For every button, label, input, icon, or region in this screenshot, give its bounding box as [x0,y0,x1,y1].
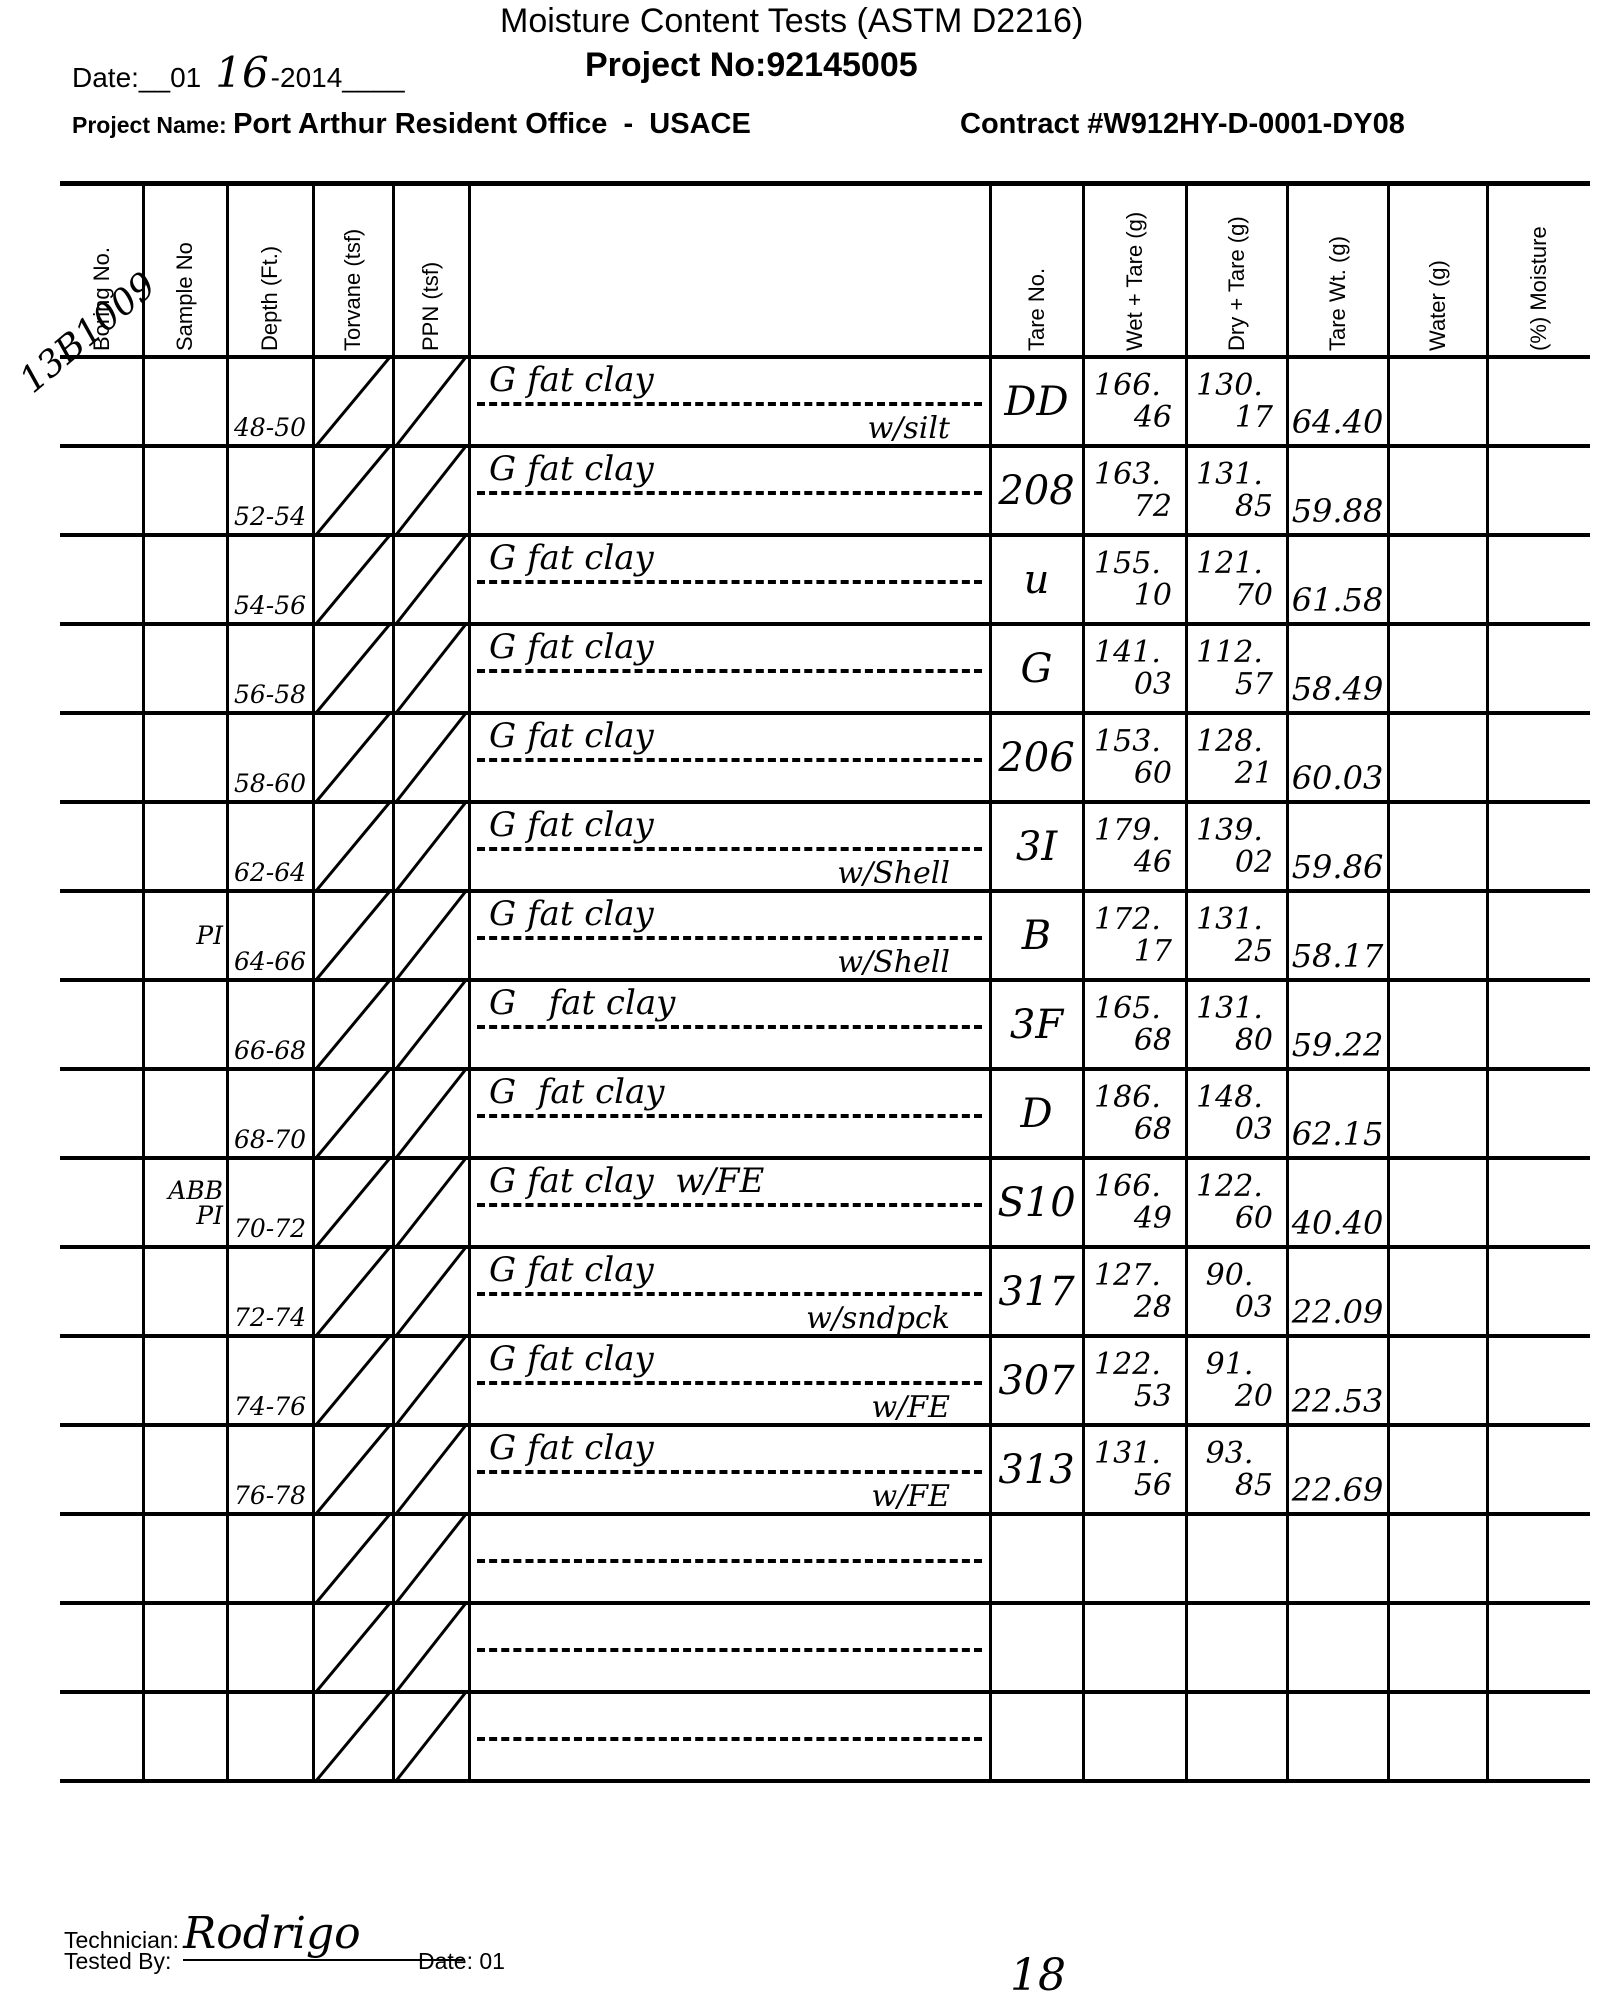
dry-tare-cell: 91.20 [1186,1336,1287,1425]
wet-tare-cell-int: 186. [1094,1082,1161,1114]
moisture-cell [1487,1692,1590,1781]
description-cell: G fat clay [469,446,990,535]
description-divider [477,669,982,673]
tare-no-cell: 206 [990,713,1083,802]
torvane-cell-na [313,1514,393,1603]
description-line1: G fat clay [489,808,654,842]
wet-tare-cell-dec: 72 [1134,491,1172,523]
tare-no-cell: 307 [990,1336,1083,1425]
water-cell [1388,446,1487,535]
description-divider [477,402,982,406]
wet-tare-cell [1083,1603,1186,1692]
description-divider [477,1381,982,1385]
sample-no-cell [143,802,227,891]
wet-tare-cell-dec: 03 [1134,669,1172,701]
dry-tare-cell-int: 121. [1196,548,1263,580]
water-cell [1388,1069,1487,1158]
dry-tare-cell-dec: 57 [1235,669,1273,701]
dry-tare-cell-int: 112. [1196,637,1263,669]
tare-wt-cell: 59.88 [1287,446,1388,535]
header-tare-no: Tare No. [990,183,1083,357]
description-divider [477,936,982,940]
sample-no-cell [143,1514,227,1603]
value-stack: 93.85 [1186,1438,1287,1501]
wet-tare-cell-dec: 60 [1134,758,1172,790]
dry-tare-cell [1186,1692,1287,1781]
description-line1: G fat clay [489,719,654,753]
wet-tare-cell: 141.03 [1083,624,1186,713]
wet-tare-cell: 153.60 [1083,713,1186,802]
ppn-cell-na [393,1336,469,1425]
wet-tare-cell: 186.68 [1083,1069,1186,1158]
description-divider [477,1292,982,1296]
dry-tare-cell-dec: 17 [1235,402,1273,434]
description-cell: G fat clayw/FE [469,1336,990,1425]
tare-no-cell: 208 [990,446,1083,535]
torvane-cell-na [313,446,393,535]
table-row: PI64-66G fat clayw/ShellB172.17131.2558.… [60,891,1590,980]
water-cell [1388,357,1487,446]
water-cell [1388,1158,1487,1247]
tare-wt-cell: 61.58 [1287,535,1388,624]
header-moisture: (%) Moisture [1487,183,1590,357]
form-title: Moisture Content Tests (ASTM D2216) [500,2,1083,41]
wet-tare-cell: 166.49 [1083,1158,1186,1247]
description-line1: G fat clay [489,363,654,397]
tare-no-cell: u [990,535,1083,624]
column-header-label: Dry + Tare (g) [1224,216,1250,351]
torvane-cell-na [313,980,393,1069]
dry-tare-cell: 139.02 [1186,802,1287,891]
project-name-label: Project Name: [72,112,227,138]
wet-tare-cell: 172.17 [1083,891,1186,980]
wet-tare-cell-dec: 56 [1134,1470,1172,1502]
tare-no-cell: 3F [990,980,1083,1069]
wet-tare-cell-int: 155. [1094,548,1161,580]
description-cell [469,1692,990,1781]
table-row: 56-58G fat clayG141.03112.5758.49 [60,624,1590,713]
tare-no-cell: 313 [990,1425,1083,1514]
tare-wt-cell [1287,1514,1388,1603]
description-line1: G fat clay [489,630,654,664]
description-cell [469,1603,990,1692]
depth-cell: 52-54 [227,446,313,535]
description-divider [477,758,982,762]
tare-no-cell [990,1692,1083,1781]
dry-tare-cell-dec: 25 [1235,936,1273,968]
contract-label: Contract # [960,108,1103,140]
ppn-cell-na [393,446,469,535]
header-description [469,183,990,357]
moisture-table: Boring No.Sample NoDepth (Ft.)Torvane (t… [60,183,1590,1781]
tare-no-cell: 3I [990,802,1083,891]
wet-tare-cell-int: 127. [1094,1260,1161,1292]
description-line1: G fat clay [489,1253,654,1287]
wet-tare-cell-int: 166. [1094,370,1161,402]
wet-tare-cell-int: 166. [1094,1171,1161,1203]
moisture-cell [1487,1603,1590,1692]
project-number-value: 92145005 [766,46,917,84]
dry-tare-cell-dec: 85 [1235,1470,1273,1502]
wet-tare-cell: 165.68 [1083,980,1186,1069]
value-stack: 131.56 [1083,1438,1186,1501]
depth-cell: 56-58 [227,624,313,713]
description-cell: G fat clay [469,980,990,1069]
dry-tare-cell: 130.17 [1186,357,1287,446]
moisture-cell [1487,446,1590,535]
header-wet-tare: Wet + Tare (g) [1083,183,1186,357]
value-stack: 148.03 [1186,1082,1287,1145]
tare-wt-cell: 62.15 [1287,1069,1388,1158]
torvane-cell-na [313,1336,393,1425]
sample-no-cell: ABB PI [143,1158,227,1247]
date-suffix: -2014____ [271,62,405,93]
description-line1: G fat clay [489,1075,665,1109]
column-header-label: PPN (tsf) [418,262,444,351]
description-divider [477,580,982,584]
tare-wt-cell: 22.09 [1287,1247,1388,1336]
table-row: 66-68G fat clay3F165.68131.8059.22 [60,980,1590,1069]
value-stack: 166.46 [1083,370,1186,433]
description-line1: G fat clay [489,986,675,1020]
sample-no-cell [143,1603,227,1692]
wet-tare-cell: 166.46 [1083,357,1186,446]
ppn-cell-na [393,713,469,802]
sample-no-cell: PI [143,891,227,980]
column-header-label: Water (g) [1425,260,1451,351]
water-cell [1388,1247,1487,1336]
depth-cell: 54-56 [227,535,313,624]
column-header-label: (%) Moisture [1526,226,1552,351]
torvane-cell-na [313,713,393,802]
header-ppn: PPN (tsf) [393,183,469,357]
description-line2: w/FE [871,1393,950,1423]
depth-cell: 70-72 [227,1158,313,1247]
value-stack: 121.70 [1186,548,1287,611]
dry-tare-cell: 121.70 [1186,535,1287,624]
description-cell: G fat clay [469,713,990,802]
torvane-cell-na [313,802,393,891]
dry-tare-cell-dec: 70 [1235,580,1273,612]
header-tare-wt: Tare Wt. (g) [1287,183,1388,357]
value-stack: 131.80 [1186,993,1287,1056]
dry-tare-cell: 90.03 [1186,1247,1287,1336]
moisture-cell [1487,802,1590,891]
dry-tare-cell-int: 93. [1206,1438,1254,1470]
dry-tare-cell-int: 139. [1196,815,1263,847]
wet-tare-cell-int: 179. [1094,815,1161,847]
value-stack: 166.49 [1083,1171,1186,1234]
dry-tare-cell-int: 128. [1196,726,1263,758]
description-line2: w/silt [868,414,950,444]
tare-no-cell: D [990,1069,1083,1158]
wet-tare-cell: 163.72 [1083,446,1186,535]
description-line1: G fat clay w/FE [489,1164,764,1198]
depth-cell: 74-76 [227,1336,313,1425]
description-line2: w/FE [871,1482,950,1512]
moisture-cell [1487,891,1590,980]
wet-tare-cell-dec: 17 [1134,936,1172,968]
dry-tare-cell: 122.60 [1186,1158,1287,1247]
value-stack: 153.60 [1083,726,1186,789]
description-divider [477,847,982,851]
dry-tare-cell: 93.85 [1186,1425,1287,1514]
moisture-cell [1487,1425,1590,1514]
table-row: 48-50G fat clayw/siltDD166.46130.1764.40 [60,357,1590,446]
water-cell [1388,535,1487,624]
depth-cell: 68-70 [227,1069,313,1158]
column-header-label: Depth (Ft.) [257,246,283,351]
tested-by-field: Tested By: [64,1948,171,1975]
wet-tare-cell-int: 163. [1094,459,1161,491]
moisture-cell [1487,535,1590,624]
tested-by-label: Tested By: [64,1948,171,1974]
description-cell: G fat clay [469,535,990,624]
table-row: 52-54G fat clay208163.72131.8559.88 [60,446,1590,535]
value-stack: 90.03 [1186,1260,1287,1323]
value-stack: 122.53 [1083,1349,1186,1412]
table-row: ABB PI70-72G fat clay w/FES10166.49122.6… [60,1158,1590,1247]
moisture-cell [1487,1069,1590,1158]
dry-tare-cell-int: 148. [1196,1082,1263,1114]
wet-tare-cell-dec: 68 [1134,1114,1172,1146]
depth-cell: 66-68 [227,980,313,1069]
depth-cell: 48-50 [227,357,313,446]
moisture-cell [1487,1514,1590,1603]
value-stack: 172.17 [1083,904,1186,967]
wet-tare-cell: 155.10 [1083,535,1186,624]
ppn-cell-na [393,891,469,980]
sample-no-cell [143,1425,227,1514]
water-cell [1388,1603,1487,1692]
contract-number: Contract #W912HY-D-0001-DY08 [960,108,1405,141]
depth-cell [227,1514,313,1603]
tare-wt-cell: 58.49 [1287,624,1388,713]
contract-value: W912HY-D-0001-DY08 [1103,108,1404,140]
footer-date: Date: 01 [418,1948,505,1975]
wet-tare-cell [1083,1692,1186,1781]
date-label: Date:__01 [72,62,201,93]
wet-tare-cell-dec: 53 [1134,1381,1172,1413]
ppn-cell-na [393,624,469,713]
wet-tare-cell: 127.28 [1083,1247,1186,1336]
description-line1: G fat clay [489,1342,654,1376]
ppn-cell-na [393,1514,469,1603]
description-cell: G fat clay [469,1069,990,1158]
water-cell [1388,891,1487,980]
depth-cell: 58-60 [227,713,313,802]
project-number: Project No:92145005 [585,46,918,85]
dry-tare-cell-dec: 21 [1235,758,1273,790]
wet-tare-cell-int: 153. [1094,726,1161,758]
dry-tare-cell: 128.21 [1186,713,1287,802]
sample-no-cell [143,1692,227,1781]
torvane-cell-na [313,1603,393,1692]
table-row [60,1603,1590,1692]
dry-tare-cell: 131.80 [1186,980,1287,1069]
description-cell: G fat clay [469,624,990,713]
dry-tare-cell: 131.85 [1186,446,1287,535]
description-divider [477,1559,982,1563]
tare-wt-cell: 59.22 [1287,980,1388,1069]
wet-tare-cell-int: 141. [1094,637,1161,669]
value-stack: 128.21 [1186,726,1287,789]
dry-tare-cell [1186,1603,1287,1692]
description-cell: G fat clayw/FE [469,1425,990,1514]
wet-tare-cell-int: 172. [1094,904,1161,936]
tare-wt-cell: 59.86 [1287,802,1388,891]
tare-no-cell: DD [990,357,1083,446]
sample-no-cell [143,535,227,624]
table-row: 58-60G fat clay206153.60128.2160.03 [60,713,1590,802]
ppn-cell-na [393,357,469,446]
sample-no-cell [143,357,227,446]
header-torvane: Torvane (tsf) [313,183,393,357]
dry-tare-cell-int: 131. [1196,993,1263,1025]
wet-tare-cell-dec: 49 [1134,1203,1172,1235]
sample-no-cell [143,446,227,535]
tare-wt-cell: 22.53 [1287,1336,1388,1425]
moisture-cell [1487,713,1590,802]
moisture-cell [1487,1247,1590,1336]
value-stack: 155.10 [1083,548,1186,611]
description-cell [469,1514,990,1603]
description-line2: w/Shell [837,948,950,978]
column-header-label: Tare No. [1024,268,1050,351]
header-dry-tare: Dry + Tare (g) [1186,183,1287,357]
dry-tare-cell: 112.57 [1186,624,1287,713]
dry-tare-cell-int: 131. [1196,904,1263,936]
wet-tare-cell: 179.46 [1083,802,1186,891]
description-divider [477,1737,982,1741]
value-stack: 131.85 [1186,459,1287,522]
header-sample-no: Sample No [143,183,227,357]
torvane-cell-na [313,624,393,713]
tare-wt-cell: 60.03 [1287,713,1388,802]
water-cell [1388,713,1487,802]
date-day-handwritten: 16 [215,48,268,97]
wet-tare-cell-int: 165. [1094,993,1161,1025]
sample-no-cell [143,1247,227,1336]
dry-tare-cell-dec: 20 [1235,1381,1273,1413]
table-row [60,1692,1590,1781]
table-row [60,1514,1590,1603]
wet-tare-cell-int: 122. [1094,1349,1161,1381]
value-stack: 139.02 [1186,815,1287,878]
water-cell [1388,1692,1487,1781]
description-cell: G fat clayw/sndpck [469,1247,990,1336]
dry-tare-cell-dec: 60 [1235,1203,1273,1235]
value-stack: 186.68 [1083,1082,1186,1145]
ppn-cell-na [393,1069,469,1158]
value-stack: 122.60 [1186,1171,1287,1234]
value-stack: 131.25 [1186,904,1287,967]
torvane-cell-na [313,1158,393,1247]
moisture-cell [1487,624,1590,713]
ppn-cell-na [393,1692,469,1781]
project-name: Project Name: Port Arthur Resident Offic… [72,108,751,141]
tare-wt-cell: 64.40 [1287,357,1388,446]
moisture-cell [1487,1158,1590,1247]
depth-cell: 62-64 [227,802,313,891]
dry-tare-cell-dec: 03 [1235,1292,1273,1324]
dry-tare-cell-dec: 02 [1235,847,1273,879]
value-stack: 165.68 [1083,993,1186,1056]
tare-no-cell: S10 [990,1158,1083,1247]
description-line1: G fat clay [489,452,654,486]
tare-wt-cell: 22.69 [1287,1425,1388,1514]
column-header-label: Torvane (tsf) [340,229,366,351]
depth-cell: 76-78 [227,1425,313,1514]
header-water: Water (g) [1388,183,1487,357]
depth-cell: 64-66 [227,891,313,980]
water-cell [1388,624,1487,713]
description-line1: G fat clay [489,1431,654,1465]
value-stack: 112.57 [1186,637,1287,700]
project-number-label: Project No: [585,46,766,84]
tare-no-cell: B [990,891,1083,980]
ppn-cell-na [393,1603,469,1692]
water-cell [1388,980,1487,1069]
description-divider [477,491,982,495]
wet-tare-cell-dec: 10 [1134,580,1172,612]
ppn-cell-na [393,535,469,624]
ppn-cell-na [393,1158,469,1247]
description-divider [477,1470,982,1474]
dry-tare-cell-int: 130. [1196,370,1263,402]
description-divider [477,1114,982,1118]
value-stack: 91.20 [1186,1349,1287,1412]
moisture-cell [1487,1336,1590,1425]
water-cell [1388,1425,1487,1514]
torvane-cell-na [313,1692,393,1781]
description-divider [477,1648,982,1652]
dry-tare-cell [1186,1514,1287,1603]
description-line2: w/sndpck [806,1304,950,1334]
dry-tare-cell-int: 122. [1196,1171,1263,1203]
description-line1: G fat clay [489,541,654,575]
sample-no-cell [143,1336,227,1425]
dry-tare-cell: 131.25 [1186,891,1287,980]
dry-tare-cell-dec: 85 [1235,491,1273,523]
dry-tare-cell-dec: 80 [1235,1025,1273,1057]
wet-tare-cell-int: 131. [1094,1438,1161,1470]
column-header-label: Wet + Tare (g) [1122,212,1148,351]
table-row: 74-76G fat clayw/FE307122.5391.2022.53 [60,1336,1590,1425]
dry-tare-cell: 148.03 [1186,1069,1287,1158]
value-stack: 163.72 [1083,459,1186,522]
wet-tare-cell-dec: 46 [1134,402,1172,434]
column-header-label: Sample No [172,242,198,351]
wet-tare-cell-dec: 68 [1134,1025,1172,1057]
sample-no-cell [143,624,227,713]
table-row: 62-64G fat clayw/Shell3I179.46139.0259.8… [60,802,1590,891]
header-depth: Depth (Ft.) [227,183,313,357]
value-stack: 127.28 [1083,1260,1186,1323]
moisture-cell [1487,357,1590,446]
dry-tare-cell-dec: 03 [1235,1114,1273,1146]
date-field: Date:__0116-2014____ [72,48,405,97]
sample-no-cell [143,1069,227,1158]
ppn-cell-na [393,1425,469,1514]
value-stack: 141.03 [1083,637,1186,700]
description-line2: w/Shell [837,859,950,889]
tare-wt-cell [1287,1692,1388,1781]
dry-tare-cell-int: 90. [1206,1260,1254,1292]
description-cell: G fat clayw/silt [469,357,990,446]
description-divider [477,1025,982,1029]
torvane-cell-na [313,1425,393,1514]
